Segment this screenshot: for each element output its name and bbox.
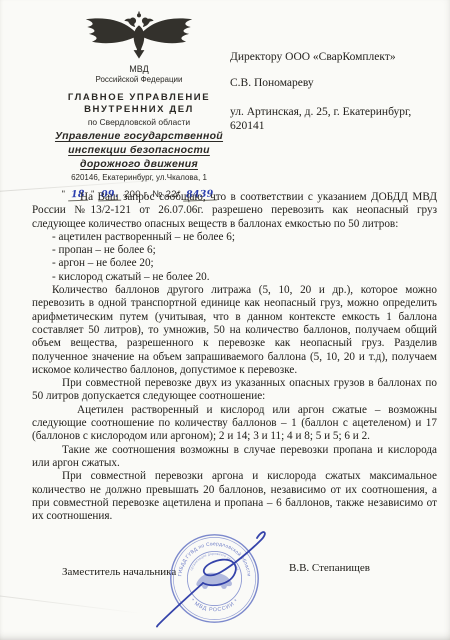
list-item: - ацетилен растворенный – не более 6; — [52, 231, 437, 244]
addressee-name: С.В. Пономареву — [230, 76, 438, 90]
org-region: по Свердловской области — [38, 117, 240, 128]
paragraph-intro: На Ваш запрос сообщаю, что в соответстви… — [32, 191, 437, 231]
signer-name: В.В. Степанищев — [289, 562, 370, 574]
org-country: Российской Федерации — [38, 75, 240, 85]
paragraph-joint-transport: При совместной перевозке двух из указанн… — [32, 377, 437, 404]
org-abbrev: МВД — [38, 64, 240, 75]
mvd-eagle-logo — [81, 10, 197, 64]
addressee-block: Директору ООО «СварКомплект» С.В. Понома… — [230, 50, 438, 133]
list-item: - кислород сжатый – не более 20. — [52, 271, 437, 284]
scanned-letter-page: МВД Российской Федерации ГЛАВНОЕ УПРАВЛЕ… — [0, 0, 450, 640]
org-address: 620146, Екатеринбург, ул.Чкалова, 1 — [38, 173, 240, 183]
paragraph-same-ratios: Такие же соотношения возможны в случае п… — [32, 444, 437, 471]
org-main-line1: ГЛАВНОЕ УПРАВЛЕНИЕ — [38, 92, 240, 104]
list-item: - пропан – не более 6; — [52, 244, 437, 257]
list-item: - аргон – не более 20; — [52, 257, 437, 270]
paragraph-ratios: Ацетилен растворенный и кислород или арг… — [32, 404, 437, 444]
dept-line3: дорожного движения — [38, 157, 240, 171]
org-main-line2: ВНУТРЕННИХ ДЕЛ — [38, 104, 240, 116]
letterhead: МВД Российской Федерации ГЛАВНОЕ УПРАВЛЕ… — [38, 10, 240, 201]
addressee-position: Директору ООО «СварКомплект» — [230, 50, 438, 64]
dept-line2: инспекции безопасности — [38, 143, 240, 157]
addressee-postcode: 620141 — [230, 119, 438, 133]
dept-line1: Управление государственной — [38, 129, 240, 143]
letter-body: На Ваш запрос сообщаю, что в соответстви… — [32, 191, 437, 523]
paragraph-max-quantity: При совместной перевозки аргона и кислор… — [32, 470, 437, 523]
signature-scrawl — [145, 518, 295, 636]
addressee-street: ул. Артинская, д. 25, г. Екатеринбург, — [230, 105, 438, 119]
scan-crease — [0, 595, 144, 614]
paragraph-calculation: Количество баллонов другого литража (5, … — [32, 284, 437, 377]
substance-limit-list: - ацетилен растворенный – не более 6; - … — [32, 231, 437, 284]
